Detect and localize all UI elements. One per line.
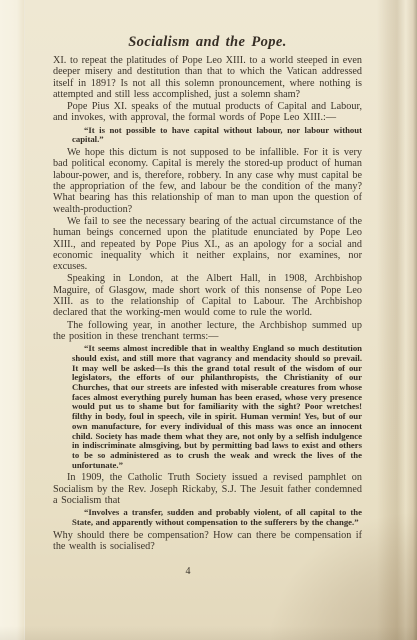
bottom-edge-shadow <box>0 626 417 640</box>
page-number: 4 <box>170 566 206 577</box>
page-content: Socialism and the Pope. XI. to repeat th… <box>53 34 362 553</box>
corner-shadow <box>267 510 417 640</box>
paragraph: Speaking in London, at the Albert Hall, … <box>53 273 362 318</box>
paragraph: XI. to repeat the platitudes of Pope Leo… <box>53 55 362 100</box>
paragraph: The following year, in another lecture, … <box>53 320 362 343</box>
scanned-page: Socialism and the Pope. XI. to repeat th… <box>0 0 417 640</box>
paragraph: We fail to see the necessary bearing of … <box>53 216 362 272</box>
paragraph: We hope this dictum is not supposed to b… <box>53 147 362 215</box>
paragraph: In 1909, the Catholic Truth Society issu… <box>53 472 362 506</box>
paragraph: Pope Pius XI. speaks of the mutual produ… <box>53 101 362 124</box>
blockquote: “It is not possible to have capital with… <box>72 126 362 145</box>
blockquote: “It seems almost incredible that in weal… <box>72 344 362 470</box>
page-title: Socialism and the Pope. <box>53 34 362 51</box>
page-left-edge <box>0 0 25 640</box>
